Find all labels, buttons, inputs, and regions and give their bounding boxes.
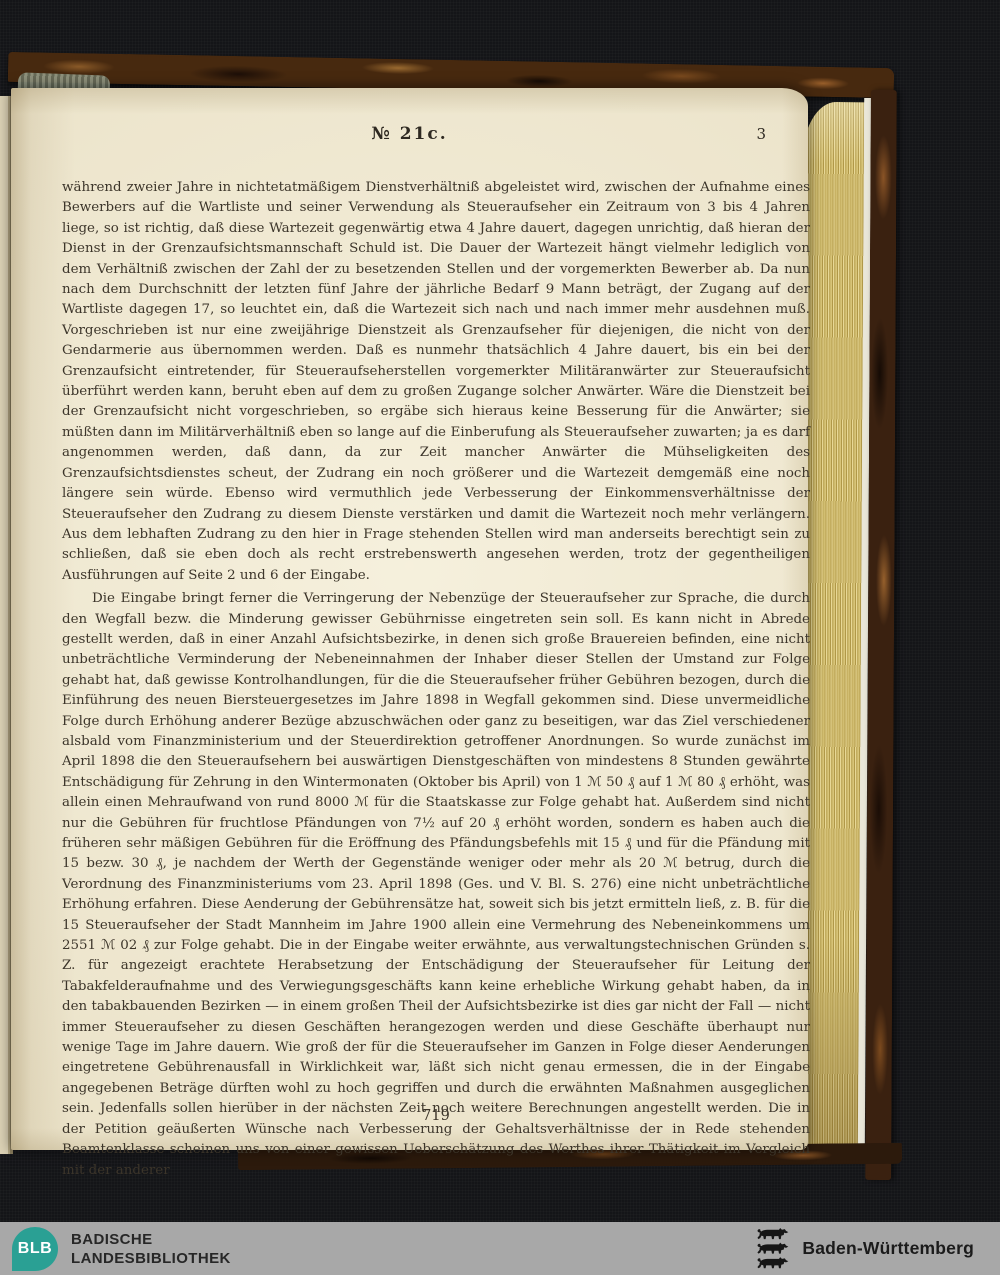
library-name-line1: BADISCHE: [71, 1230, 231, 1249]
body-paragraph-2: Die Eingabe bringt ferner die Verringeru…: [62, 589, 810, 1181]
viewer-footer-bar: BLB BADISCHE LANDESBIBLIOTHEK Baden-Würt…: [0, 1222, 1000, 1275]
library-name: BADISCHE LANDESBIBLIOTHEK: [71, 1230, 231, 1268]
page-footer-number: 719: [62, 1108, 810, 1124]
book-cover-right-edge: [865, 90, 897, 1180]
page-header-issue-number: № 21c.: [11, 124, 808, 144]
body-paragraph-1: während zweier Jahre in nichtetatmäßigem…: [62, 178, 810, 586]
blb-logo-text: BLB: [18, 1240, 52, 1258]
photo-background: № 21c. 3 während zweier Jahre in nichtet…: [0, 0, 1000, 1275]
baden-wuerttemberg-wordmark[interactable]: Baden-Württemberg: [802, 1238, 974, 1259]
blb-logo[interactable]: BLB: [12, 1227, 58, 1271]
library-name-line2: LANDESBIBLIOTHEK: [71, 1249, 231, 1268]
page-body-text: während zweier Jahre in nichtetatmäßigem…: [62, 178, 810, 1181]
page-header-page-number: 3: [756, 125, 766, 143]
baden-wuerttemberg-coat-of-arms-icon[interactable]: [753, 1228, 791, 1270]
scanned-page: № 21c. 3 während zweier Jahre in nichtet…: [11, 88, 808, 1150]
